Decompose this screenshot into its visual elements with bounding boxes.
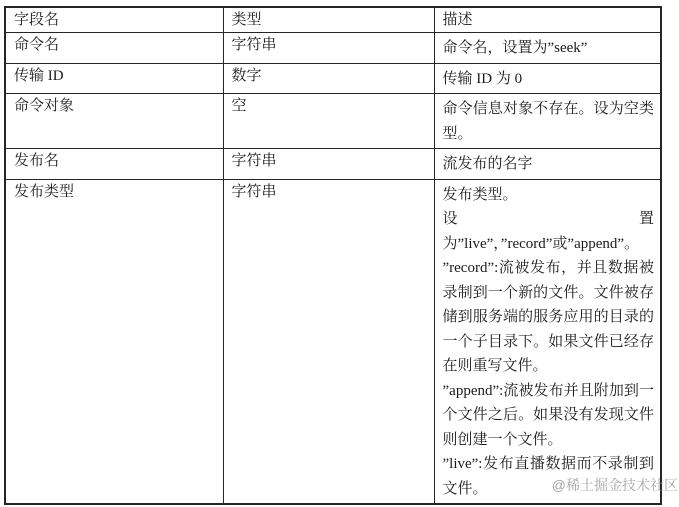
field-table: 字段名 类型 描述 命令名 字符串 命令名，设置为”seek” 传输 ID 数字… — [4, 6, 662, 505]
desc-cell: 传输 ID 为 0 — [434, 63, 661, 94]
table-row: 发布类型 字符串 发布类型。设置为”live”，”record”或”append… — [5, 179, 661, 504]
desc-cell: 命令名，设置为”seek” — [434, 33, 661, 64]
table-row: 发布名 字符串 流发布的名字 — [5, 149, 661, 180]
type-cell: 字符串 — [223, 33, 434, 64]
field-cell: 传输 ID — [5, 63, 223, 94]
column-header-type: 类型 — [223, 7, 434, 33]
desc-paragraph: 发布类型。 — [443, 183, 655, 208]
document-page: 字段名 类型 描述 命令名 字符串 命令名，设置为”seek” 传输 ID 数字… — [0, 0, 679, 507]
type-cell: 空 — [223, 94, 434, 149]
column-header-field: 字段名 — [5, 7, 223, 33]
field-cell: 命令对象 — [5, 94, 223, 149]
header-row: 字段名 类型 描述 — [5, 7, 661, 33]
field-cell: 发布名 — [5, 149, 223, 180]
table-header: 字段名 类型 描述 — [5, 7, 661, 33]
table-row: 传输 ID 数字 传输 ID 为 0 — [5, 63, 661, 94]
watermark: @稀土掘金技术社区 — [552, 477, 678, 493]
desc-paragraph: 传输 ID 为 0 — [443, 67, 655, 92]
desc-cell: 流发布的名字 — [434, 149, 661, 180]
type-cell: 数字 — [223, 63, 434, 94]
desc-paragraph: 流发布的名字 — [443, 152, 655, 177]
table-body: 命令名 字符串 命令名，设置为”seek” 传输 ID 数字 传输 ID 为 0… — [5, 33, 661, 505]
table-row: 命令对象 空 命令信息对象不存在。设为空类型。 — [5, 94, 661, 149]
field-cell: 发布类型 — [5, 179, 223, 504]
type-cell: 字符串 — [223, 149, 434, 180]
desc-paragraph: 命令名，设置为”seek” — [443, 36, 655, 61]
desc-paragraph: 设置为”live”，”record”或”append”。 — [443, 207, 655, 256]
desc-cell: 发布类型。设置为”live”，”record”或”append”。”record… — [434, 179, 661, 504]
field-cell: 命令名 — [5, 33, 223, 64]
desc-paragraph: ”record”:流被发布，并且数据被录制到一个新的文件。文件被存储到服务端的服… — [443, 256, 655, 379]
desc-paragraph: 命令信息对象不存在。设为空类型。 — [443, 97, 655, 146]
table-row: 命令名 字符串 命令名，设置为”seek” — [5, 33, 661, 64]
type-cell: 字符串 — [223, 179, 434, 504]
column-header-desc: 描述 — [434, 7, 661, 33]
desc-paragraph: ”append”:流被发布并且附加到一个文件之后。如果没有发现文件则创建一个文件… — [443, 379, 655, 453]
desc-cell: 命令信息对象不存在。设为空类型。 — [434, 94, 661, 149]
